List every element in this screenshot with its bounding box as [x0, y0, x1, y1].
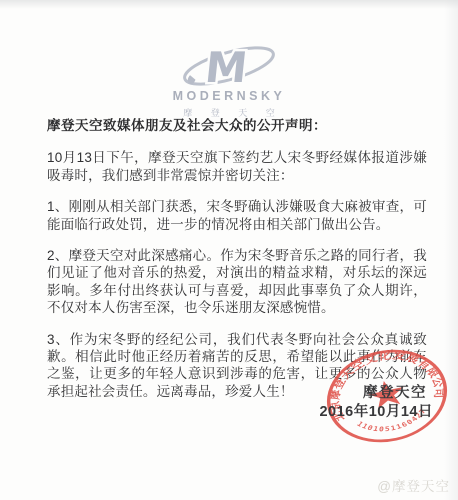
svg-text:M: M: [203, 43, 250, 88]
statement-point-1: 1、刚刚从相关部门获悉，宋冬野确认涉嫌吸食大麻被审查，可能面临行政处罚，进一步的…: [47, 198, 427, 233]
statement-title: 摩登天空致媒体朋友及社会大众的公开声明：: [47, 117, 427, 134]
signature-date: 2016年10月14日: [319, 400, 433, 421]
signature-company-name: 摩登天空: [363, 381, 427, 402]
statement-intro-paragraph: 10月13日下午，摩登天空旗下签约艺人宋冬野经媒体报道涉嫌吸毒时，我们感到非常震…: [47, 149, 427, 184]
modernsky-logo-block: M MODERNSKY 摩 登 天 空: [0, 42, 458, 119]
scanned-statement-document: M MODERNSKY 摩 登 天 空 摩登天空致媒体朋友及社会大众的公开声明：…: [0, 0, 458, 500]
statement-point-2: 2、摩登天空对此深感痛心。作为宋冬野音乐之路的同行者，我们见证了他对音乐的热爱，…: [47, 247, 427, 317]
scan-shadow-top: [0, 0, 458, 10]
modernsky-wordmark: MODERNSKY: [0, 89, 458, 103]
weibo-watermark: @摩登天空: [377, 475, 450, 495]
modernsky-m-orbit-icon: M: [177, 42, 281, 88]
